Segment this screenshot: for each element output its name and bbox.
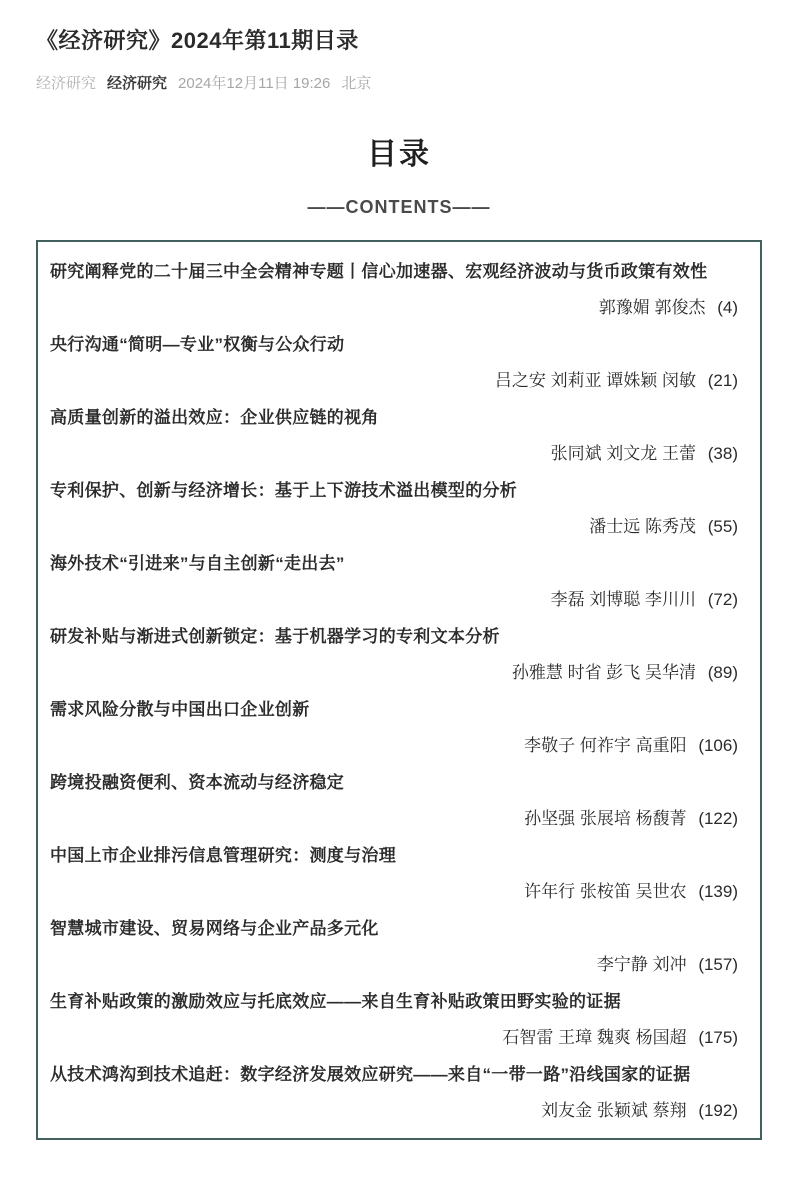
article-authors: 张同斌 刘文龙 王蕾 — [551, 444, 696, 463]
article-page-number: (106) — [698, 736, 738, 755]
article-title: 高质量创新的溢出效应：企业供应链的视角 — [50, 406, 748, 429]
article-authors-line: 刘友金 张颖斌 蔡翔 (192) — [50, 1099, 748, 1122]
article-authors: 孙雅慧 时省 彭飞 吴华清 — [512, 663, 696, 682]
meta-location: 北京 — [341, 72, 371, 93]
toc-entry: 需求风险分散与中国出口企业创新 李敬子 何祚宇 高重阳 (106) — [50, 698, 748, 757]
article-title: 研发补贴与渐进式创新锁定：基于机器学习的专利文本分析 — [50, 625, 748, 648]
toc-entry: 专利保护、创新与经济增长：基于上下游技术溢出模型的分析 潘士远 陈秀茂 (55) — [50, 479, 748, 538]
toc-entry: 央行沟通“简明—专业”权衡与公众行动 吕之安 刘莉亚 谭姝颖 闵敏 (21) — [50, 333, 748, 392]
article-title: 需求风险分散与中国出口企业创新 — [50, 698, 748, 721]
article-meta: 经济研究 经济研究 2024年12月11日 19:26 北京 — [36, 72, 762, 93]
article-authors-line: 郭豫媚 郭俊杰 (4) — [50, 296, 748, 319]
article-authors: 李敬子 何祚宇 高重阳 — [524, 736, 686, 755]
article-authors: 刘友金 张颖斌 蔡翔 — [541, 1101, 686, 1120]
article-authors-line: 孙坚强 张展培 杨馥菁 (122) — [50, 807, 748, 830]
meta-author-name: 经济研究 — [36, 72, 96, 93]
toc-entry: 智慧城市建设、贸易网络与企业产品多元化 李宁静 刘冲 (157) — [50, 917, 748, 976]
article-authors-line: 张同斌 刘文龙 王蕾 (38) — [50, 442, 748, 465]
article-title: 专利保护、创新与经济增长：基于上下游技术溢出模型的分析 — [50, 479, 748, 502]
article-authors: 孙坚强 张展培 杨馥菁 — [524, 809, 686, 828]
article-authors-line: 潘士远 陈秀茂 (55) — [50, 515, 748, 538]
article-authors: 吕之安 刘莉亚 谭姝颖 闵敏 — [495, 371, 696, 390]
article-page-number: (72) — [708, 590, 738, 609]
article-authors-line: 李磊 刘博聪 李川川 (72) — [50, 588, 748, 611]
article-authors-line: 孙雅慧 时省 彭飞 吴华清 (89) — [50, 661, 748, 684]
toc-entry: 研究阐释党的二十届三中全会精神专题丨信心加速器、宏观经济波动与货币政策有效性 郭… — [50, 260, 748, 319]
article-title: 中国上市企业排污信息管理研究：测度与治理 — [50, 844, 748, 867]
page-title: 《经济研究》2024年第11期目录 — [36, 26, 762, 57]
article-page-number: (192) — [698, 1101, 738, 1120]
article-title: 央行沟通“简明—专业”权衡与公众行动 — [50, 333, 748, 356]
article-page: 《经济研究》2024年第11期目录 经济研究 经济研究 2024年12月11日 … — [0, 0, 798, 1188]
article-page-number: (139) — [698, 882, 738, 901]
toc-subheading: ——CONTENTS—— — [0, 197, 798, 218]
meta-account-link[interactable]: 经济研究 — [107, 72, 167, 93]
article-authors: 郭豫媚 郭俊杰 — [599, 298, 706, 317]
toc-entry: 生育补贴政策的激励效应与托底效应——来自生育补贴政策田野实验的证据 石智雷 王璋… — [50, 990, 748, 1049]
article-authors: 李磊 刘博聪 李川川 — [551, 590, 696, 609]
article-authors: 石智雷 王璋 魏爽 杨国超 — [502, 1028, 686, 1047]
article-page-number: (55) — [708, 517, 738, 536]
toc-entry: 跨境投融资便利、资本流动与经济稳定 孙坚强 张展培 杨馥菁 (122) — [50, 771, 748, 830]
toc-box: 研究阐释党的二十届三中全会精神专题丨信心加速器、宏观经济波动与货币政策有效性 郭… — [36, 240, 762, 1140]
article-page-number: (157) — [698, 955, 738, 974]
toc-entry: 海外技术“引进来”与自主创新“走出去” 李磊 刘博聪 李川川 (72) — [50, 552, 748, 611]
toc-entry: 中国上市企业排污信息管理研究：测度与治理 许年行 张桉笛 吴世农 (139) — [50, 844, 748, 903]
toc-entry: 高质量创新的溢出效应：企业供应链的视角 张同斌 刘文龙 王蕾 (38) — [50, 406, 748, 465]
article-title: 智慧城市建设、贸易网络与企业产品多元化 — [50, 917, 748, 940]
article-header: 《经济研究》2024年第11期目录 经济研究 经济研究 2024年12月11日 … — [0, 0, 798, 93]
article-page-number: (4) — [717, 298, 738, 317]
article-authors-line: 李敬子 何祚宇 高重阳 (106) — [50, 734, 748, 757]
article-authors-line: 李宁静 刘冲 (157) — [50, 953, 748, 976]
article-authors: 李宁静 刘冲 — [597, 955, 687, 974]
article-title: 研究阐释党的二十届三中全会精神专题丨信心加速器、宏观经济波动与货币政策有效性 — [50, 260, 748, 283]
article-page-number: (89) — [708, 663, 738, 682]
article-authors-line: 石智雷 王璋 魏爽 杨国超 (175) — [50, 1026, 748, 1049]
article-title: 海外技术“引进来”与自主创新“走出去” — [50, 552, 748, 575]
article-page-number: (122) — [698, 809, 738, 828]
article-authors: 许年行 张桉笛 吴世农 — [524, 882, 686, 901]
toc-heading: 目录 — [0, 129, 798, 173]
article-page-number: (38) — [708, 444, 738, 463]
article-title: 跨境投融资便利、资本流动与经济稳定 — [50, 771, 748, 794]
article-title: 从技术鸿沟到技术追赶：数字经济发展效应研究——来自“一带一路”沿线国家的证据 — [50, 1063, 748, 1086]
article-authors-line: 许年行 张桉笛 吴世农 (139) — [50, 880, 748, 903]
article-page-number: (175) — [698, 1028, 738, 1047]
meta-datetime: 2024年12月11日 19:26 — [178, 72, 330, 93]
article-title: 生育补贴政策的激励效应与托底效应——来自生育补贴政策田野实验的证据 — [50, 990, 748, 1013]
toc-entry: 研发补贴与渐进式创新锁定：基于机器学习的专利文本分析 孙雅慧 时省 彭飞 吴华清… — [50, 625, 748, 684]
toc-entry: 从技术鸿沟到技术追赶：数字经济发展效应研究——来自“一带一路”沿线国家的证据 刘… — [50, 1063, 748, 1122]
article-authors-line: 吕之安 刘莉亚 谭姝颖 闵敏 (21) — [50, 369, 748, 392]
article-authors: 潘士远 陈秀茂 — [589, 517, 696, 536]
article-page-number: (21) — [708, 371, 738, 390]
